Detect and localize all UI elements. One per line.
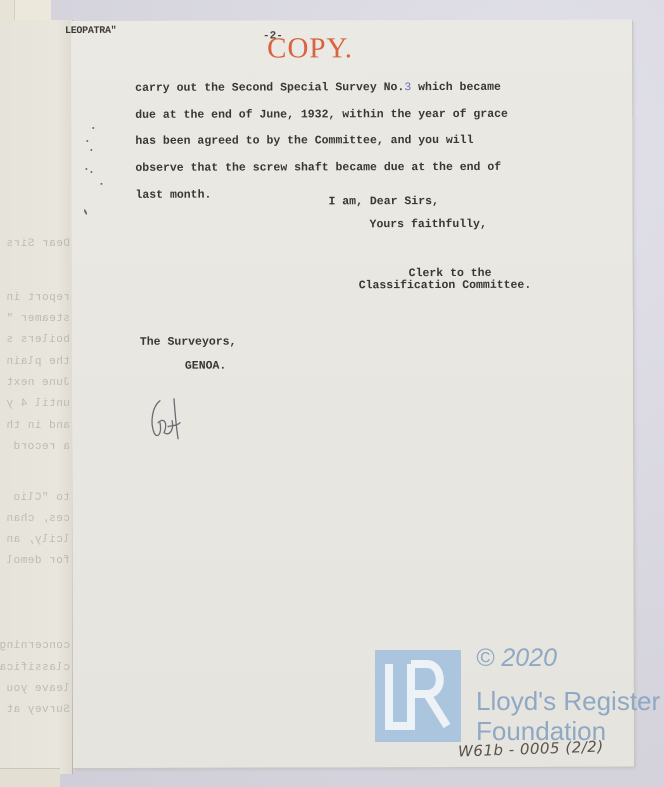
under-sheet-edge [0,768,60,787]
showthrough-line: boilers s [6,334,70,346]
previous-page-sheet: Dear Sirs report in steamer " boilers s … [0,20,73,774]
watermark-copyright: © 2020 [476,644,557,673]
showthrough-line: to "Clio [13,492,70,504]
body-line-3: has been agreed to by the Committee, and… [135,134,473,148]
page-number: -2- [263,30,283,42]
valediction: Yours faithfully, [370,218,487,231]
showthrough-line: the plain [6,356,70,368]
body-line-4: observe that the screw shaft became due … [135,161,501,175]
showthrough-line: Dear Sirs [6,238,70,250]
initials-signature-icon [148,393,190,443]
vessel-name-header: LEOPATRA" [65,26,116,37]
body-line-5: last month. [135,188,211,201]
body-line-1: carry out the Second Special Survey No.3… [135,81,501,95]
showthrough-line: report in [6,292,70,304]
showthrough-line: leave you [6,683,70,695]
showthrough-line: steamer " [6,313,70,325]
showthrough-line: concerning [0,640,70,652]
showthrough-line: until 4 y [6,398,70,410]
signatory-committee: Classification Committee. [359,279,532,292]
showthrough-line: Survey at [6,704,70,716]
letter-body: carry out the Second Special Survey No.3… [135,75,595,210]
addressee-line-1: The Surveyors, [140,336,237,349]
showthrough-line: for demol [6,555,70,567]
addressee-city: GENOA. [185,360,226,373]
body-line-2: due at the end of June, 1932, within the… [135,108,508,122]
margin-punch-marks [81,101,111,261]
showthrough-line: classifica [0,662,70,674]
salutation: I am, Dear Sirs, [328,195,438,208]
watermark-org-line-1: Lloyd's Register [476,686,660,717]
showthrough-line: June next [6,377,70,389]
showthrough-line: ces, chan [6,513,70,525]
showthrough-line: and in th [6,420,70,432]
showthrough-line: a record [13,441,70,453]
showthrough-line: lcily, an [6,534,70,546]
back-sheet-edge-2 [14,0,51,22]
lr-logo-icon [375,650,461,742]
